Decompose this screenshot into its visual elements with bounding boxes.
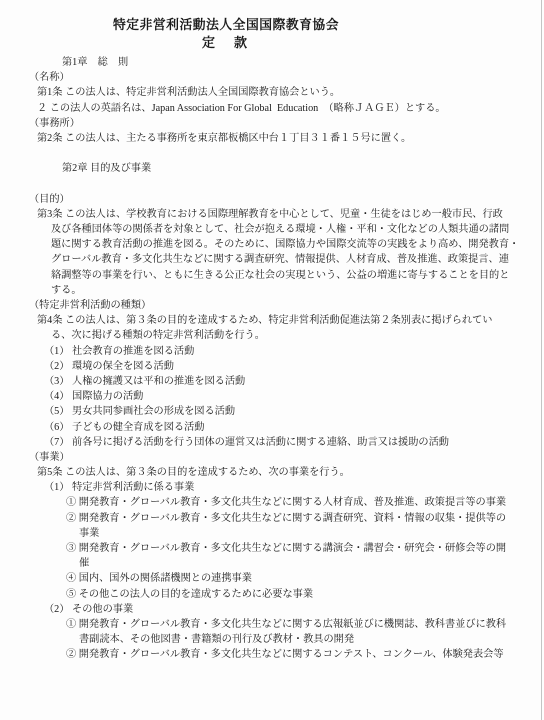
doc-text-line: （1） 特定非営利活動に係る事業 bbox=[0, 480, 544, 495]
doc-text-line: ③ 開発教育・グローバル教育・多文化共生などに関する講演会・講習会・研究会・研修… bbox=[0, 541, 544, 556]
doc-text-line: ２ この法人の英語名は、Japan Association For Global… bbox=[0, 101, 544, 116]
doc-text-line: （7） 前各号に掲げる活動を行う団体の運営又は活動に関する連絡、助言又は援助の活… bbox=[0, 435, 544, 450]
doc-text-line: ⑤ その他この法人の目的を達成するために必要な事業 bbox=[0, 587, 544, 602]
doc-text-line: ② 開発教育・グローバル教育・多文化共生などに関するコンテスト、コンクール、体験… bbox=[0, 647, 544, 662]
document-header: 特定非営利活動法人全国国際教育協会 定 款 bbox=[0, 16, 452, 51]
doc-text-line: グローバル教育・多文化共生などに関する調査研究、情報提供、人材育成、普及推進、政… bbox=[0, 252, 544, 267]
doc-text-line: （4） 国際協力の活動 bbox=[0, 389, 544, 404]
doc-text-line: ④ 国内、国外の関係諸機関との連携事業 bbox=[0, 571, 544, 586]
doc-text-line: （名称） bbox=[0, 70, 544, 85]
doc-text-line: 絡調整等の事業を行い、ともに生きる公正な社会の実現という、公益の増進に寄与するこ… bbox=[0, 268, 544, 283]
doc-text-line: 書副読本、その他図書・書籍類の刊行及び教材・教具の開発 bbox=[0, 632, 544, 647]
doc-text-line: する。 bbox=[0, 283, 544, 298]
document-page: 特定非営利活動法人全国国際教育協会 定 款 第1章 総 則（名称）第1条 この法… bbox=[0, 0, 544, 720]
doc-text-line: （特定非営利活動の種類） bbox=[0, 298, 544, 313]
doc-text-line: 題に関する教育活動の推進を図る。そのために、国際協力や国際交流等の実践をより高め… bbox=[0, 237, 544, 252]
doc-text-line: 第5条 この法人は、第３条の目的を達成するため、次の事業を行う。 bbox=[0, 465, 544, 480]
doc-text-line: 事業 bbox=[0, 526, 544, 541]
doc-text-line: （3） 人権の擁護又は平和の推進を図る活動 bbox=[0, 374, 544, 389]
doc-text-line: る、次に掲げる種類の特定非営利活動を行う。 bbox=[0, 328, 544, 343]
doc-text-line: 第1条 この法人は、特定非営利活動法人全国国際教育協会という。 bbox=[0, 85, 544, 100]
doc-blank-line bbox=[0, 146, 544, 161]
doc-text-line: 第2章 目的及び事業 bbox=[0, 161, 544, 176]
doc-text-line: ① 開発教育・グローバル教育・多文化共生などに関する人材育成、普及推進、政策提言… bbox=[0, 495, 544, 510]
doc-text-line: （1） 社会教育の推進を図る活動 bbox=[0, 344, 544, 359]
document-title: 特定非営利活動法人全国国際教育協会 bbox=[0, 16, 452, 34]
doc-text-line: （2） その他の事業 bbox=[0, 602, 544, 617]
doc-text-line: 第2条 この法人は、主たる事務所を東京都板橋区中台１丁目３１番１５号に置く。 bbox=[0, 131, 544, 146]
doc-text-line: （5） 男女共同参画社会の形成を図る活動 bbox=[0, 404, 544, 419]
doc-text-line: 第3条 この法人は、学校教育における国際理解教育を中心として、児童・生徒をはじめ… bbox=[0, 207, 544, 222]
doc-text-line: ② 開発教育・グローバル教育・多文化共生などに関する調査研究、資料・情報の収集・… bbox=[0, 511, 544, 526]
doc-text-line: （6） 子どもの健全育成を図る活動 bbox=[0, 420, 544, 435]
doc-text-line: 第4条 この法人は、第３条の目的を達成するため、特定非営利活動促進法第２条別表に… bbox=[0, 313, 544, 328]
doc-text-line: 催 bbox=[0, 556, 544, 571]
doc-text-line: 及び各種団体等の関係者を対象として、社会が抱える環境・人権・平和・文化などの人類… bbox=[0, 222, 544, 237]
doc-text-line: 第1章 総 則 bbox=[0, 55, 544, 70]
document-subtitle: 定 款 bbox=[0, 34, 452, 51]
doc-text-line: ① 開発教育・グローバル教育・多文化共生などに関する広報紙並びに機関誌、教科書並… bbox=[0, 617, 544, 632]
doc-text-line: （2） 環境の保全を図る活動 bbox=[0, 359, 544, 374]
doc-text-line: （事業） bbox=[0, 450, 544, 465]
doc-blank-line bbox=[0, 177, 544, 192]
document-body: 第1章 総 則（名称）第1条 この法人は、特定非営利活動法人全国国際教育協会とい… bbox=[0, 55, 544, 663]
doc-text-line: （事務所） bbox=[0, 116, 544, 131]
doc-text-line: （目的） bbox=[0, 192, 544, 207]
